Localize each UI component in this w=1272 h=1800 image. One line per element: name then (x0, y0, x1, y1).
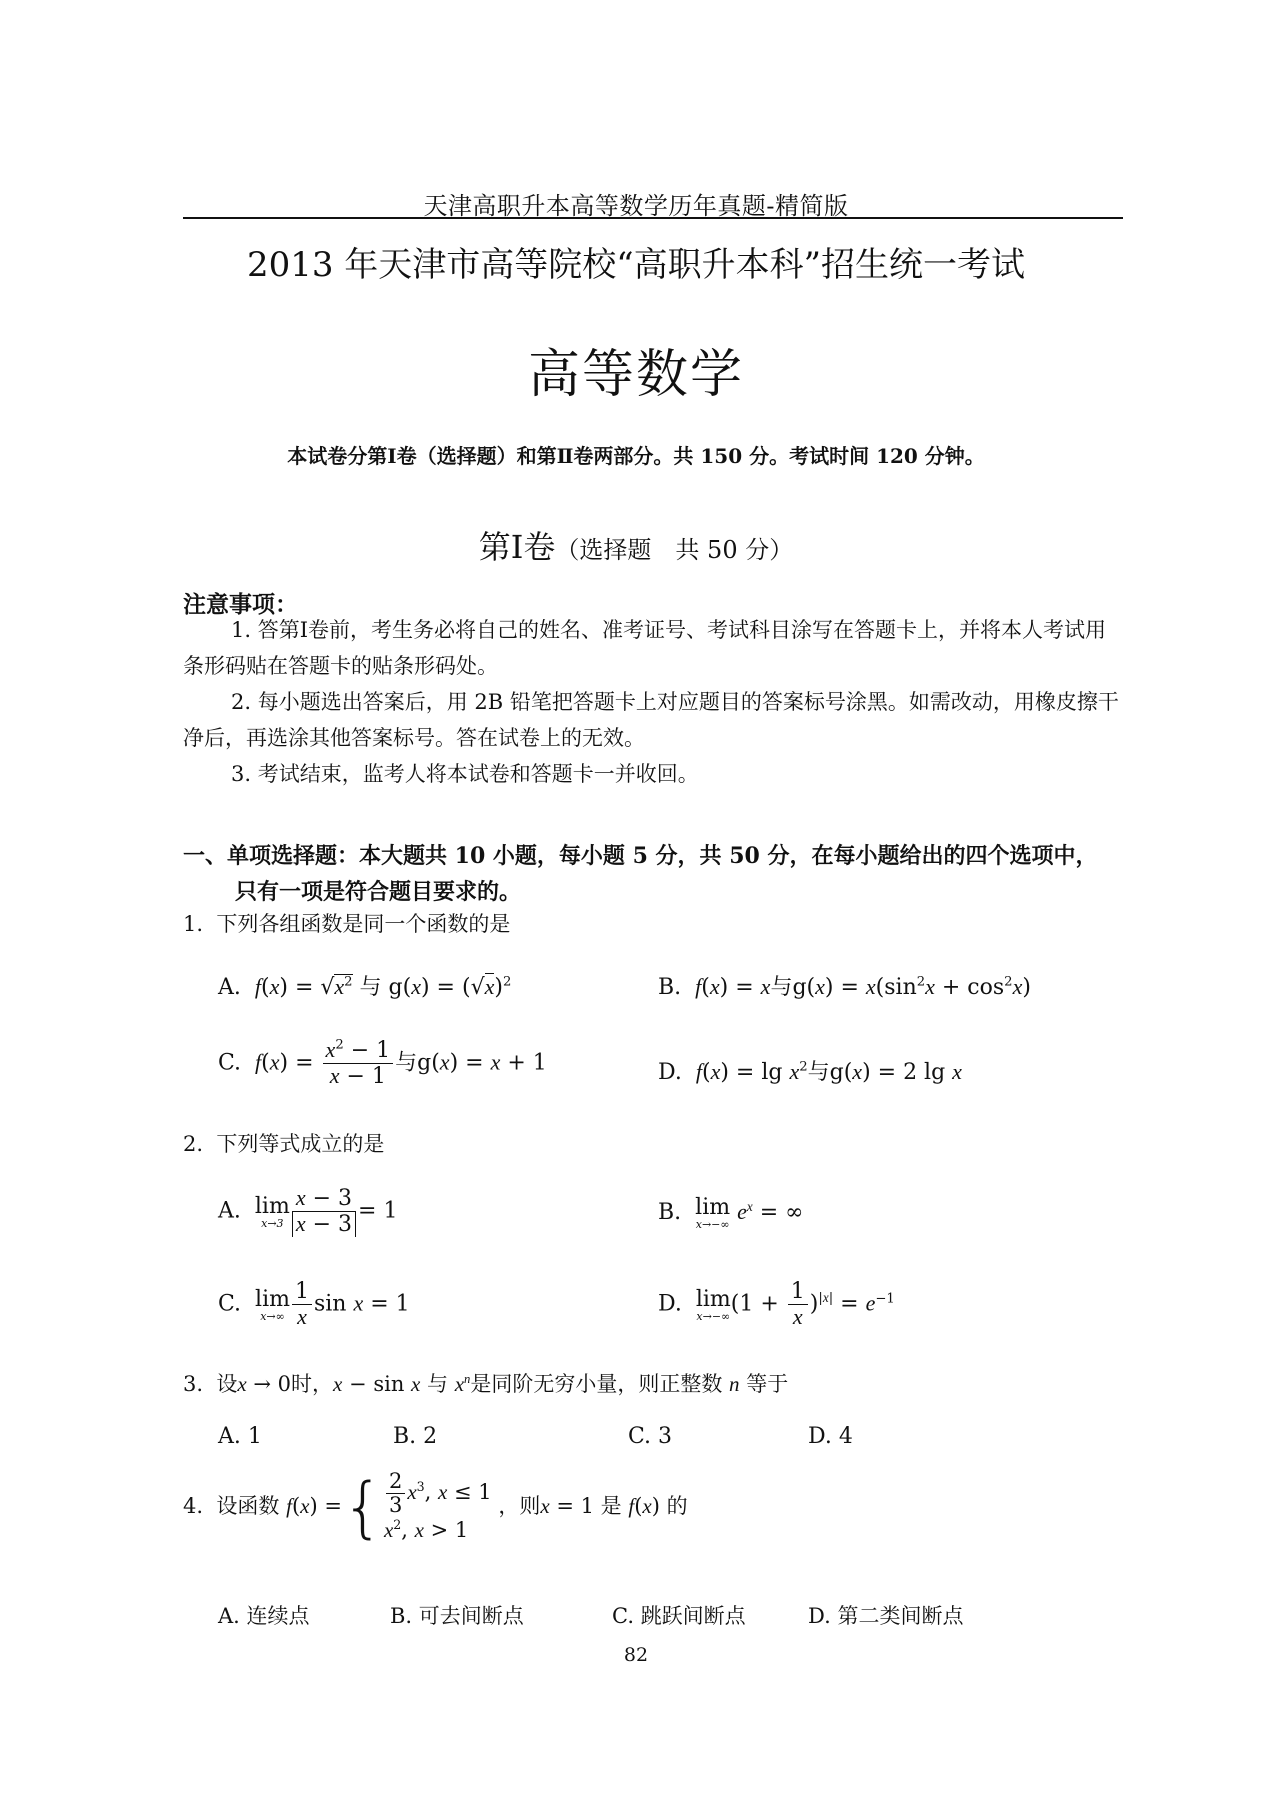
option-label: A. (218, 1424, 241, 1449)
question-text: 设函数 (216, 1494, 279, 1518)
option-label: B. (390, 1604, 412, 1628)
question-text: ，则 (498, 1494, 540, 1518)
q4-option-a[interactable]: A. 连续点 (218, 1600, 310, 1630)
option-label: D. (658, 1292, 682, 1317)
option-label: C. (218, 1051, 241, 1076)
option-label: D. (658, 1060, 682, 1085)
q1-option-d[interactable]: D. f(x) = lg x2与g(x) = 2 lg x (658, 1055, 962, 1086)
notice-item-text: 2. 每小题选出答案后，用 2B 铅笔把答题卡上对应题目的答案标号涂黑。如需改动… (183, 690, 1119, 750)
option-label: D. (808, 1604, 831, 1628)
option-text: 跳跃间断点 (641, 1604, 746, 1628)
option-label: B. (658, 1200, 681, 1225)
q2-option-c[interactable]: C. limx→∞1xsin x = 1 (218, 1280, 410, 1329)
part-title-sub: （选择题 共 50 分） (555, 536, 793, 564)
subject-title: 高等数学 (0, 332, 1272, 407)
q4-option-b[interactable]: B. 可去间断点 (390, 1600, 524, 1630)
piecewise-brace: { (342, 1468, 384, 1545)
question-number: 3. (183, 1372, 203, 1396)
exam-title: 2013 年天津市高等院校“高职升本科”招生统一考试 (0, 237, 1272, 286)
q3-option-c[interactable]: C. 3 (628, 1424, 672, 1449)
question-4-stem: 4. 设函数 f(x) ={ 23x3, x ≤ 1 x2, x > 1 ，则x… (183, 1470, 688, 1544)
question-1-stem: 1. 下列各组函数是同一个函数的是 (183, 908, 510, 938)
q4-option-d[interactable]: D. 第二类间断点 (808, 1600, 963, 1630)
option-label: C. (218, 1292, 241, 1317)
option-label: D. (808, 1424, 832, 1449)
header-rule-divider (183, 217, 1123, 219)
notice-item-text: 1. 答第Ⅰ卷前，考生务必将自己的姓名、准考证号、考试科目涂写在答题卡上，并将本… (183, 618, 1106, 678)
notice-item-3: 3. 考试结束，监考人将本试卷和答题卡一并收回。 (183, 756, 1123, 792)
section-heading-line2: 只有一项是符合题目要求的。 (183, 874, 1123, 910)
option-label: A. (218, 975, 241, 1000)
q1-option-b[interactable]: B. f(x) = x与g(x) = x(sin2x + cos2x) (658, 970, 1031, 1001)
q2-option-a[interactable]: A. limx→3x − 3x − 3= 1 (218, 1186, 397, 1237)
section-heading: 一、单项选择题：本大题共 10 小题，每小题 5 分，共 50 分，在每小题给出… (183, 838, 1123, 910)
option-text: 1 (248, 1424, 262, 1449)
question-text: 下列等式成立的是 (216, 1132, 384, 1156)
question-text: 与 (427, 1372, 448, 1396)
question-text: 下列各组函数是同一个函数的是 (216, 912, 510, 936)
q3-option-a[interactable]: A. 1 (218, 1424, 262, 1449)
option-label: B. (393, 1424, 416, 1449)
option-label: C. (628, 1424, 651, 1449)
option-text: 2 (423, 1424, 437, 1449)
q2-option-b[interactable]: B. limx→−∞ ex = ∞ (658, 1196, 803, 1230)
option-label: C. (612, 1604, 634, 1628)
question-text: 设 (216, 1372, 237, 1396)
question-number: 1. (183, 912, 203, 936)
option-text: 3 (658, 1424, 672, 1449)
option-text: 第二类间断点 (837, 1604, 963, 1628)
q1-option-c[interactable]: C. f(x) = x2 − 1x − 1与g(x) = x + 1 (218, 1038, 547, 1089)
question-text: 是同阶无穷小量，则正整数 (470, 1372, 722, 1396)
question-text: 等于 (746, 1372, 788, 1396)
running-header-title: 天津高职升本高等数学历年真题-精简版 (0, 186, 1272, 221)
notice-item-text: 3. 考试结束，监考人将本试卷和答题卡一并收回。 (183, 762, 699, 786)
question-text: 的 (667, 1494, 688, 1518)
option-label: A. (218, 1199, 241, 1224)
piecewise-cases: 23x3, x ≤ 1 x2, x > 1 (384, 1470, 492, 1544)
question-number: 4. (183, 1494, 203, 1518)
question-text: 时， (291, 1372, 333, 1396)
option-text: 4 (839, 1424, 853, 1449)
question-text: 是 (601, 1494, 622, 1518)
question-number: 2. (183, 1132, 203, 1156)
q2-option-d[interactable]: D. limx→−∞(1 + 1x)|x| = e−1 (658, 1280, 895, 1329)
q3-option-d[interactable]: D. 4 (808, 1424, 853, 1449)
q3-option-b[interactable]: B. 2 (393, 1424, 437, 1449)
section-heading-line1: 一、单项选择题：本大题共 10 小题，每小题 5 分，共 50 分，在每小题给出… (183, 843, 1098, 869)
part-title-main: 第Ⅰ卷 (479, 528, 556, 566)
option-text: 连续点 (247, 1604, 310, 1628)
q1-option-a[interactable]: A. f(x) = √x2 与 g(x) = (√x)2 (218, 970, 511, 1001)
q4-option-c[interactable]: C. 跳跃间断点 (612, 1600, 746, 1630)
page-number: 82 (0, 1644, 1272, 1666)
notice-item-2: 2. 每小题选出答案后，用 2B 铅笔把答题卡上对应题目的答案标号涂黑。如需改动… (183, 684, 1123, 756)
exam-intro: 本试卷分第Ⅰ卷（选择题）和第Ⅱ卷两部分。共 150 分。考试时间 120 分钟。 (0, 440, 1272, 469)
option-text: 可去间断点 (419, 1604, 524, 1628)
notice-item-1: 1. 答第Ⅰ卷前，考生务必将自己的姓名、准考证号、考试科目涂写在答题卡上，并将本… (183, 612, 1123, 684)
part-title: 第Ⅰ卷（选择题 共 50 分） (0, 522, 1272, 568)
question-2-stem: 2. 下列等式成立的是 (183, 1128, 384, 1158)
option-label: B. (658, 975, 681, 1000)
question-3-stem: 3. 设x → 0时，x − sin x 与 xn是同阶无穷小量，则正整数 n … (183, 1368, 788, 1398)
option-label: A. (218, 1604, 240, 1628)
